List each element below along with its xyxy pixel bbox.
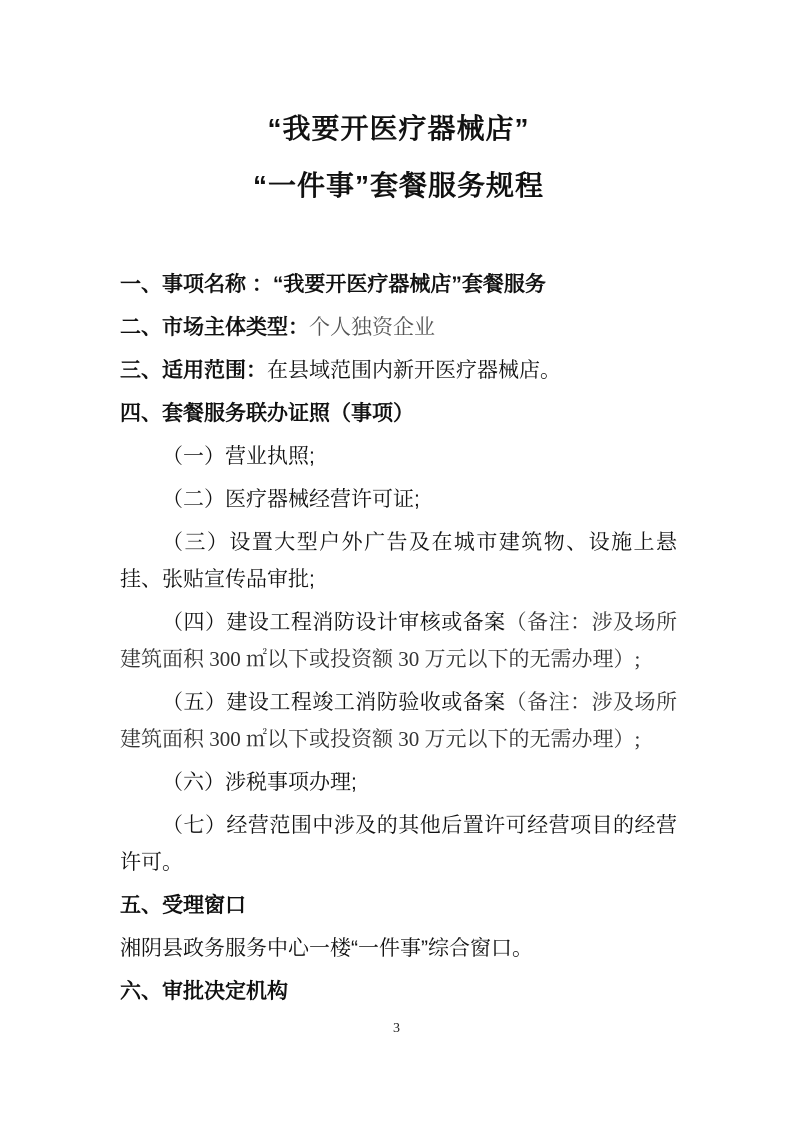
document-page: “我要开医疗器械店” “一件事”套餐服务规程 一、事项名称 ：“我要开医疗器械店… — [0, 0, 793, 1122]
paragraph: 五、受理窗口 — [120, 887, 677, 924]
text-segment-normal: （五）建设工程竣工消防验收或备案 — [162, 691, 506, 714]
text-segment-kaiti: 个人独资企业 — [309, 315, 435, 339]
document-title-line-2: “一件事”套餐服务规程 — [120, 157, 677, 214]
text-segment-normal: （六）涉税事项办理; — [162, 771, 357, 794]
paragraph: （七）经营范围中涉及的其他后置许可经营项目的经营许可。 — [120, 807, 677, 881]
text-segment-bold: 四、套餐服务联办证照（事项） — [120, 402, 414, 425]
text-segment-normal: 湘阴县政务服务中心一楼“一件事”综合窗口。 — [120, 937, 533, 960]
document-title: “我要开医疗器械店” “一件事”套餐服务规程 — [120, 100, 677, 214]
paragraph: 四、套餐服务联办证照（事项） — [120, 395, 677, 432]
document-title-line-1: “我要开医疗器械店” — [120, 100, 677, 157]
text-segment-normal: （二）医疗器械经营许可证; — [162, 488, 420, 511]
text-segment-normal: （七）经营范围中涉及的其他后置许可经营项目的经营许可。 — [120, 814, 677, 874]
paragraph: 六、审批决定机构 — [120, 973, 677, 1010]
text-segment-bold: 六、审批决定机构 — [120, 980, 288, 1003]
paragraph: （五）建设工程竣工消防验收或备案（备注：涉及场所建筑面积 300 ㎡以下或投资额… — [120, 684, 677, 758]
text-segment-normal: 在县域范围内新开医疗器械店。 — [267, 359, 561, 382]
paragraph: 湘阴县政务服务中心一楼“一件事”综合窗口。 — [120, 930, 677, 967]
paragraph: （一）营业执照; — [120, 438, 677, 475]
text-segment-bold: 五、受理窗口 — [120, 894, 246, 917]
text-segment-normal: （三）设置大型户外广告及在城市建筑物、设施上悬挂、张贴宣传品审批; — [120, 531, 677, 591]
paragraph: （六）涉税事项办理; — [120, 764, 677, 801]
paragraph: 二、市场主体类型：个人独资企业 — [120, 309, 677, 346]
document-body: 一、事项名称 ：“我要开医疗器械店”套餐服务二、市场主体类型：个人独资企业三、适… — [120, 266, 677, 1016]
paragraph: （三）设置大型户外广告及在城市建筑物、设施上悬挂、张贴宣传品审批; — [120, 524, 677, 598]
paragraph: （四）建设工程消防设计审核或备案（备注：涉及场所建筑面积 300 ㎡以下或投资额… — [120, 604, 677, 678]
text-segment-bold: 三、适用范围： — [120, 359, 267, 382]
paragraph: 一、事项名称 ：“我要开医疗器械店”套餐服务 — [120, 266, 677, 303]
text-segment-bold: 二、市场主体类型： — [120, 316, 309, 339]
page-number: 3 — [0, 1021, 793, 1037]
text-segment-normal: （一）营业执照; — [162, 445, 315, 468]
paragraph: 三、适用范围：在县域范围内新开医疗器械店。 — [120, 352, 677, 389]
paragraph: （二）医疗器械经营许可证; — [120, 481, 677, 518]
text-segment-normal: （四）建设工程消防设计审核或备案 — [162, 611, 506, 634]
text-segment-bold: 一、事项名称 ：“我要开医疗器械店”套餐服务 — [120, 273, 546, 296]
